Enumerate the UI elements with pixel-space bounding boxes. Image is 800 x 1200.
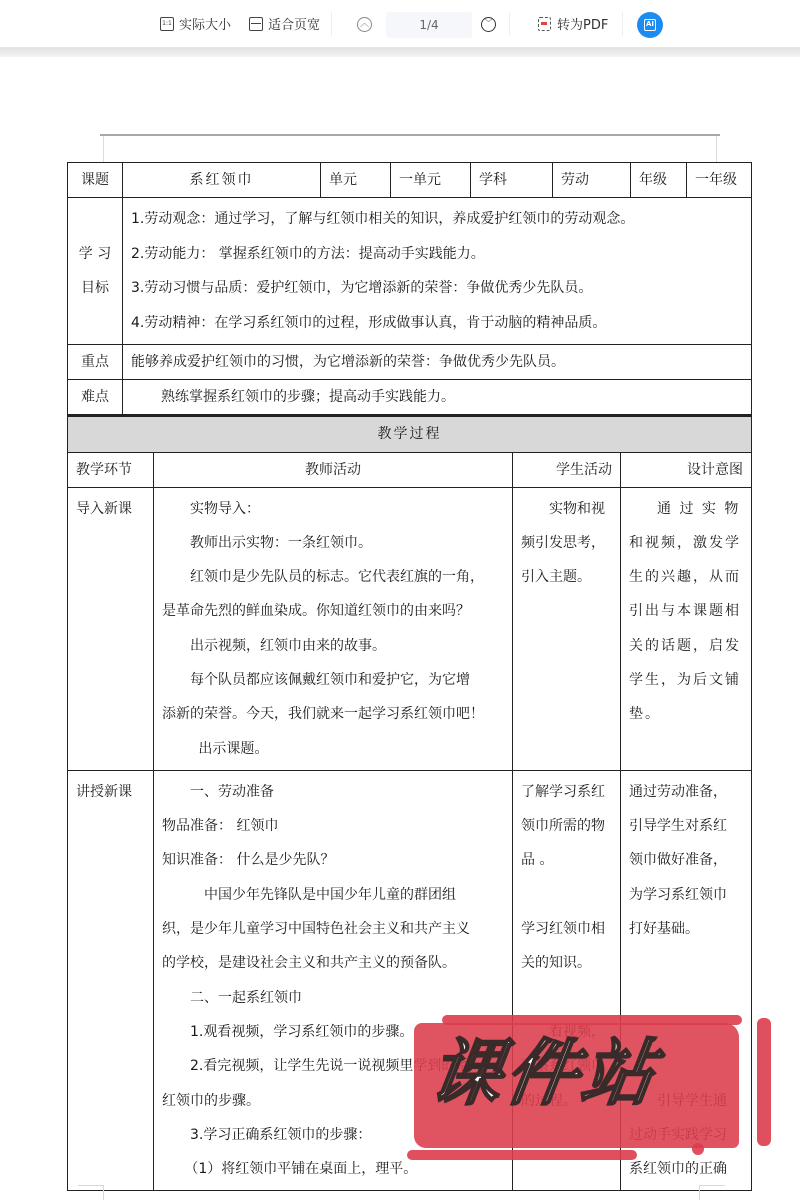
toolbar-shadow [0,48,800,57]
key-point-row: 重点 能够养成爱护红领巾的习惯，为它增添新的荣誉：争做优秀少先队员。 [68,345,752,380]
subject-value: 劳动 [553,163,631,198]
teacher-line: 织，是少年儿童学习中国特色社会主义和共产主义 [162,912,504,946]
student-line: 学习红领巾相 [521,912,612,946]
goal-item: 3.劳动习惯与品质：爱护红领巾，为它增添新的荣誉：争做优秀少先队员。 [131,271,743,306]
watermark-brush-stroke [757,1018,771,1146]
teacher-line: 教师出示实物：一条红领巾。 [162,526,504,560]
goal-item: 4.劳动精神：在学习系红领巾的过程，形成做事认真，肯于动脑的精神品质。 [131,306,743,341]
fit-width-icon [249,17,263,31]
goals-label-line2: 目标 [72,271,118,305]
teacher-line: （1）将红领巾平铺在桌面上，理平。 [162,1152,504,1186]
intent-line: 和视频，激发学 [629,526,743,560]
page-indicator: 1/4 [419,18,438,32]
goals-label-line1: 学 习 [72,237,118,271]
goals-label-cell: 学 习 目标 [68,198,123,345]
student-line: 观察系红领巾 [521,1049,612,1083]
table-row: 讲授新课 一、劳动准备 物品准备： 红领巾 知识准备： 什么是少先队？ 中国少年… [68,770,752,1191]
intent-line: 通 过 实 物 [629,492,743,526]
student-line: 了解学习系红 [521,775,612,809]
teacher-line: 物品准备： 红领巾 [162,809,504,843]
grade-label: 年级 [631,163,687,198]
teacher-line: 2.看完视频，让学生先说一说视频里学到的系 [162,1049,504,1083]
intent-line [629,946,743,980]
key-point-label: 重点 [68,345,123,380]
teacher-line: 出示视频，红领巾由来的故事。 [162,629,504,663]
actual-size-label: 实际大小 [179,14,231,33]
goals-row: 学 习 目标 1.劳动观念：通过学习，了解与红领巾相关的知识，养成爱护红领巾的劳… [68,198,752,345]
column-header-intent: 设计意图 [621,452,752,487]
student-line [521,981,612,1015]
difficulty-value: 熟练掌握系红领巾的步骤；提高动手实践能力。 [123,380,752,415]
key-point-value: 能够养成爱护红领巾的习惯，为它增添新的荣誉：争做优秀少先队员。 [123,345,752,380]
student-line: 实物和视 [521,492,612,526]
stage-cell: 导入新课 [68,487,154,770]
pdf-convert-icon [538,17,551,31]
teacher-line: 红领巾的步骤。 [162,1084,504,1118]
ai-icon: AI [644,19,656,31]
page-top-border [100,134,720,136]
ai-assistant-button[interactable]: AI [637,12,663,38]
next-page-button[interactable]: ﹀ [481,17,496,32]
intent-line: 学生，为后文铺 [629,663,743,697]
column-header-stage: 教学环节 [68,452,154,487]
actual-size-icon: 1:1 [160,17,174,31]
fit-width-label: 适合页宽 [268,14,320,33]
page-margin-mark [103,136,104,162]
student-activity-cell: 实物和视 频引发思考， 引入主题。 [513,487,621,770]
goal-item: 2.劳动能力： 掌握系红领巾的方法：提高动手实践能力。 [131,237,743,272]
teacher-line: 知识准备： 什么是少先队？ [162,843,504,877]
stage-label: 导入新课 [76,492,145,526]
teacher-line: 一、劳动准备 [162,775,504,809]
topic-label: 课题 [68,163,123,198]
teacher-line: 实物导入： [162,492,504,526]
goal-item: 1.劳动观念：通过学习，了解与红领巾相关的知识，养成爱护红领巾的劳动观念。 [131,202,743,237]
viewer-toolbar: 1:1 实际大小 适合页宽 ︿ 1/4 ﹀ 转为PDF AI [0,0,800,48]
page-corner-mark [699,1185,725,1200]
difficulty-label: 难点 [68,380,123,415]
student-line: 领巾所需的物 [521,809,612,843]
process-header-row: 教学环节 教师活动 学生活动 设计意图 [68,452,752,487]
toolbar-divider [331,12,332,36]
intent-line: 系红领巾的正确 [629,1152,743,1186]
teacher-line: 出示课题。 [162,732,504,766]
convert-pdf-button[interactable]: 转为PDF [538,14,608,33]
convert-pdf-label: 转为PDF [557,14,608,33]
teacher-line: 每个队员都应该佩戴红领巾和爱护它，为它增 [162,663,504,697]
intent-line: 生的兴趣，从而 [629,560,743,594]
subject-label: 学科 [471,163,553,198]
student-line: 看视频， [521,1015,612,1049]
grade-value: 一年级 [687,163,752,198]
intent-line: 通过劳动准备， [629,775,743,809]
column-header-teacher: 教师活动 [154,452,513,487]
teacher-line: 3.学习正确系红领巾的步骤： [162,1118,504,1152]
lesson-info-table: 课题 系红领巾 单元 一单元 学科 劳动 年级 一年级 学 习 目标 1.劳动观… [67,162,752,415]
student-activity-cell: 了解学习系红 领巾所需的物 品 。 学习红领巾相 关的知识。 看视频， 观察系红… [513,770,621,1191]
design-intent-cell: 通过劳动准备， 引导学生对系红 领巾做好准备， 为学习系红领巾 打好基础。 引导… [621,770,752,1191]
teaching-process-table: 教学过程 教学环节 教师活动 学生活动 设计意图 导入新课 实物导入： 教师出示… [67,415,752,1191]
student-line [521,878,612,912]
intent-line: 领巾做好准备， [629,843,743,877]
teacher-line: 添新的荣誉。今天，我们就来一起学习系红领巾吧！ [162,697,504,731]
intent-line [629,1015,743,1049]
teacher-line: 是革命先烈的鲜血染成。你知道红领巾的由来吗？ [162,594,504,628]
teacher-line: 红领巾是少先队员的标志。它代表红旗的一角， [162,560,504,594]
intent-line: 关的话题，启发 [629,629,743,663]
previous-page-button[interactable]: ︿ [357,17,372,32]
intent-line [629,1049,743,1083]
fit-width-button[interactable]: 适合页宽 [249,14,320,33]
student-line: 引入主题。 [521,560,612,594]
stage-label: 讲授新课 [76,775,145,809]
page-number-input[interactable]: 1/4 [386,12,472,38]
intent-line: 引导学生对系红 [629,809,743,843]
teacher-line: 1.观看视频，学习系红领巾的步骤。 [162,1015,504,1049]
stage-cell: 讲授新课 [68,770,154,1191]
intent-line: 过动手实践学习 [629,1118,743,1152]
info-row: 课题 系红领巾 单元 一单元 学科 劳动 年级 一年级 [68,163,752,198]
intent-line: 为学习系红领巾 [629,878,743,912]
student-line: 的过程。 [521,1084,612,1118]
column-header-student: 学生活动 [513,452,621,487]
unit-label: 单元 [321,163,391,198]
goals-content: 1.劳动观念：通过学习，了解与红领巾相关的知识，养成爱护红领巾的劳动观念。 2.… [123,198,752,345]
teacher-activity-cell: 一、劳动准备 物品准备： 红领巾 知识准备： 什么是少先队？ 中国少年先锋队是中… [154,770,513,1191]
toolbar-divider [622,12,623,36]
lesson-plan-document: 课题 系红领巾 单元 一单元 学科 劳动 年级 一年级 学 习 目标 1.劳动观… [67,162,751,1191]
toolbar-divider [509,12,510,36]
topic-value: 系红领巾 [123,163,321,198]
intent-line: 引出与本课题相 [629,594,743,628]
intent-line: 引导学生通 [629,1084,743,1118]
student-line: 频引发思考， [521,526,612,560]
difficulty-row: 难点 熟练掌握系红领巾的步骤；提高动手实践能力。 [68,380,752,415]
unit-value: 一单元 [391,163,471,198]
teacher-line: 中国少年先锋队是中国少年儿童的群团组 [162,878,504,912]
page-corner-mark [78,1185,104,1200]
process-title: 教学过程 [68,416,752,452]
chevron-up-icon: ︿ [360,20,369,29]
student-line: 关的知识。 [521,946,612,980]
intent-line [629,981,743,1015]
table-row: 导入新课 实物导入： 教师出示实物：一条红领巾。 红领巾是少先队员的标志。它代表… [68,487,752,770]
page-margin-mark [716,136,717,162]
teacher-activity-cell: 实物导入： 教师出示实物：一条红领巾。 红领巾是少先队员的标志。它代表红旗的一角… [154,487,513,770]
design-intent-cell: 通 过 实 物 和视频，激发学 生的兴趣，从而 引出与本课题相 关的话题，启发 … [621,487,752,770]
actual-size-button[interactable]: 1:1 实际大小 [160,14,231,33]
student-line: 品 。 [521,843,612,877]
intent-line: 打好基础。 [629,912,743,946]
teacher-line: 二、一起系红领巾 [162,981,504,1015]
process-title-row: 教学过程 [68,416,752,452]
intent-line: 垫。 [629,697,743,731]
chevron-down-icon: ﹀ [484,20,493,29]
teacher-line: 的学校，是建设社会主义和共产主义的预备队。 [162,946,504,980]
